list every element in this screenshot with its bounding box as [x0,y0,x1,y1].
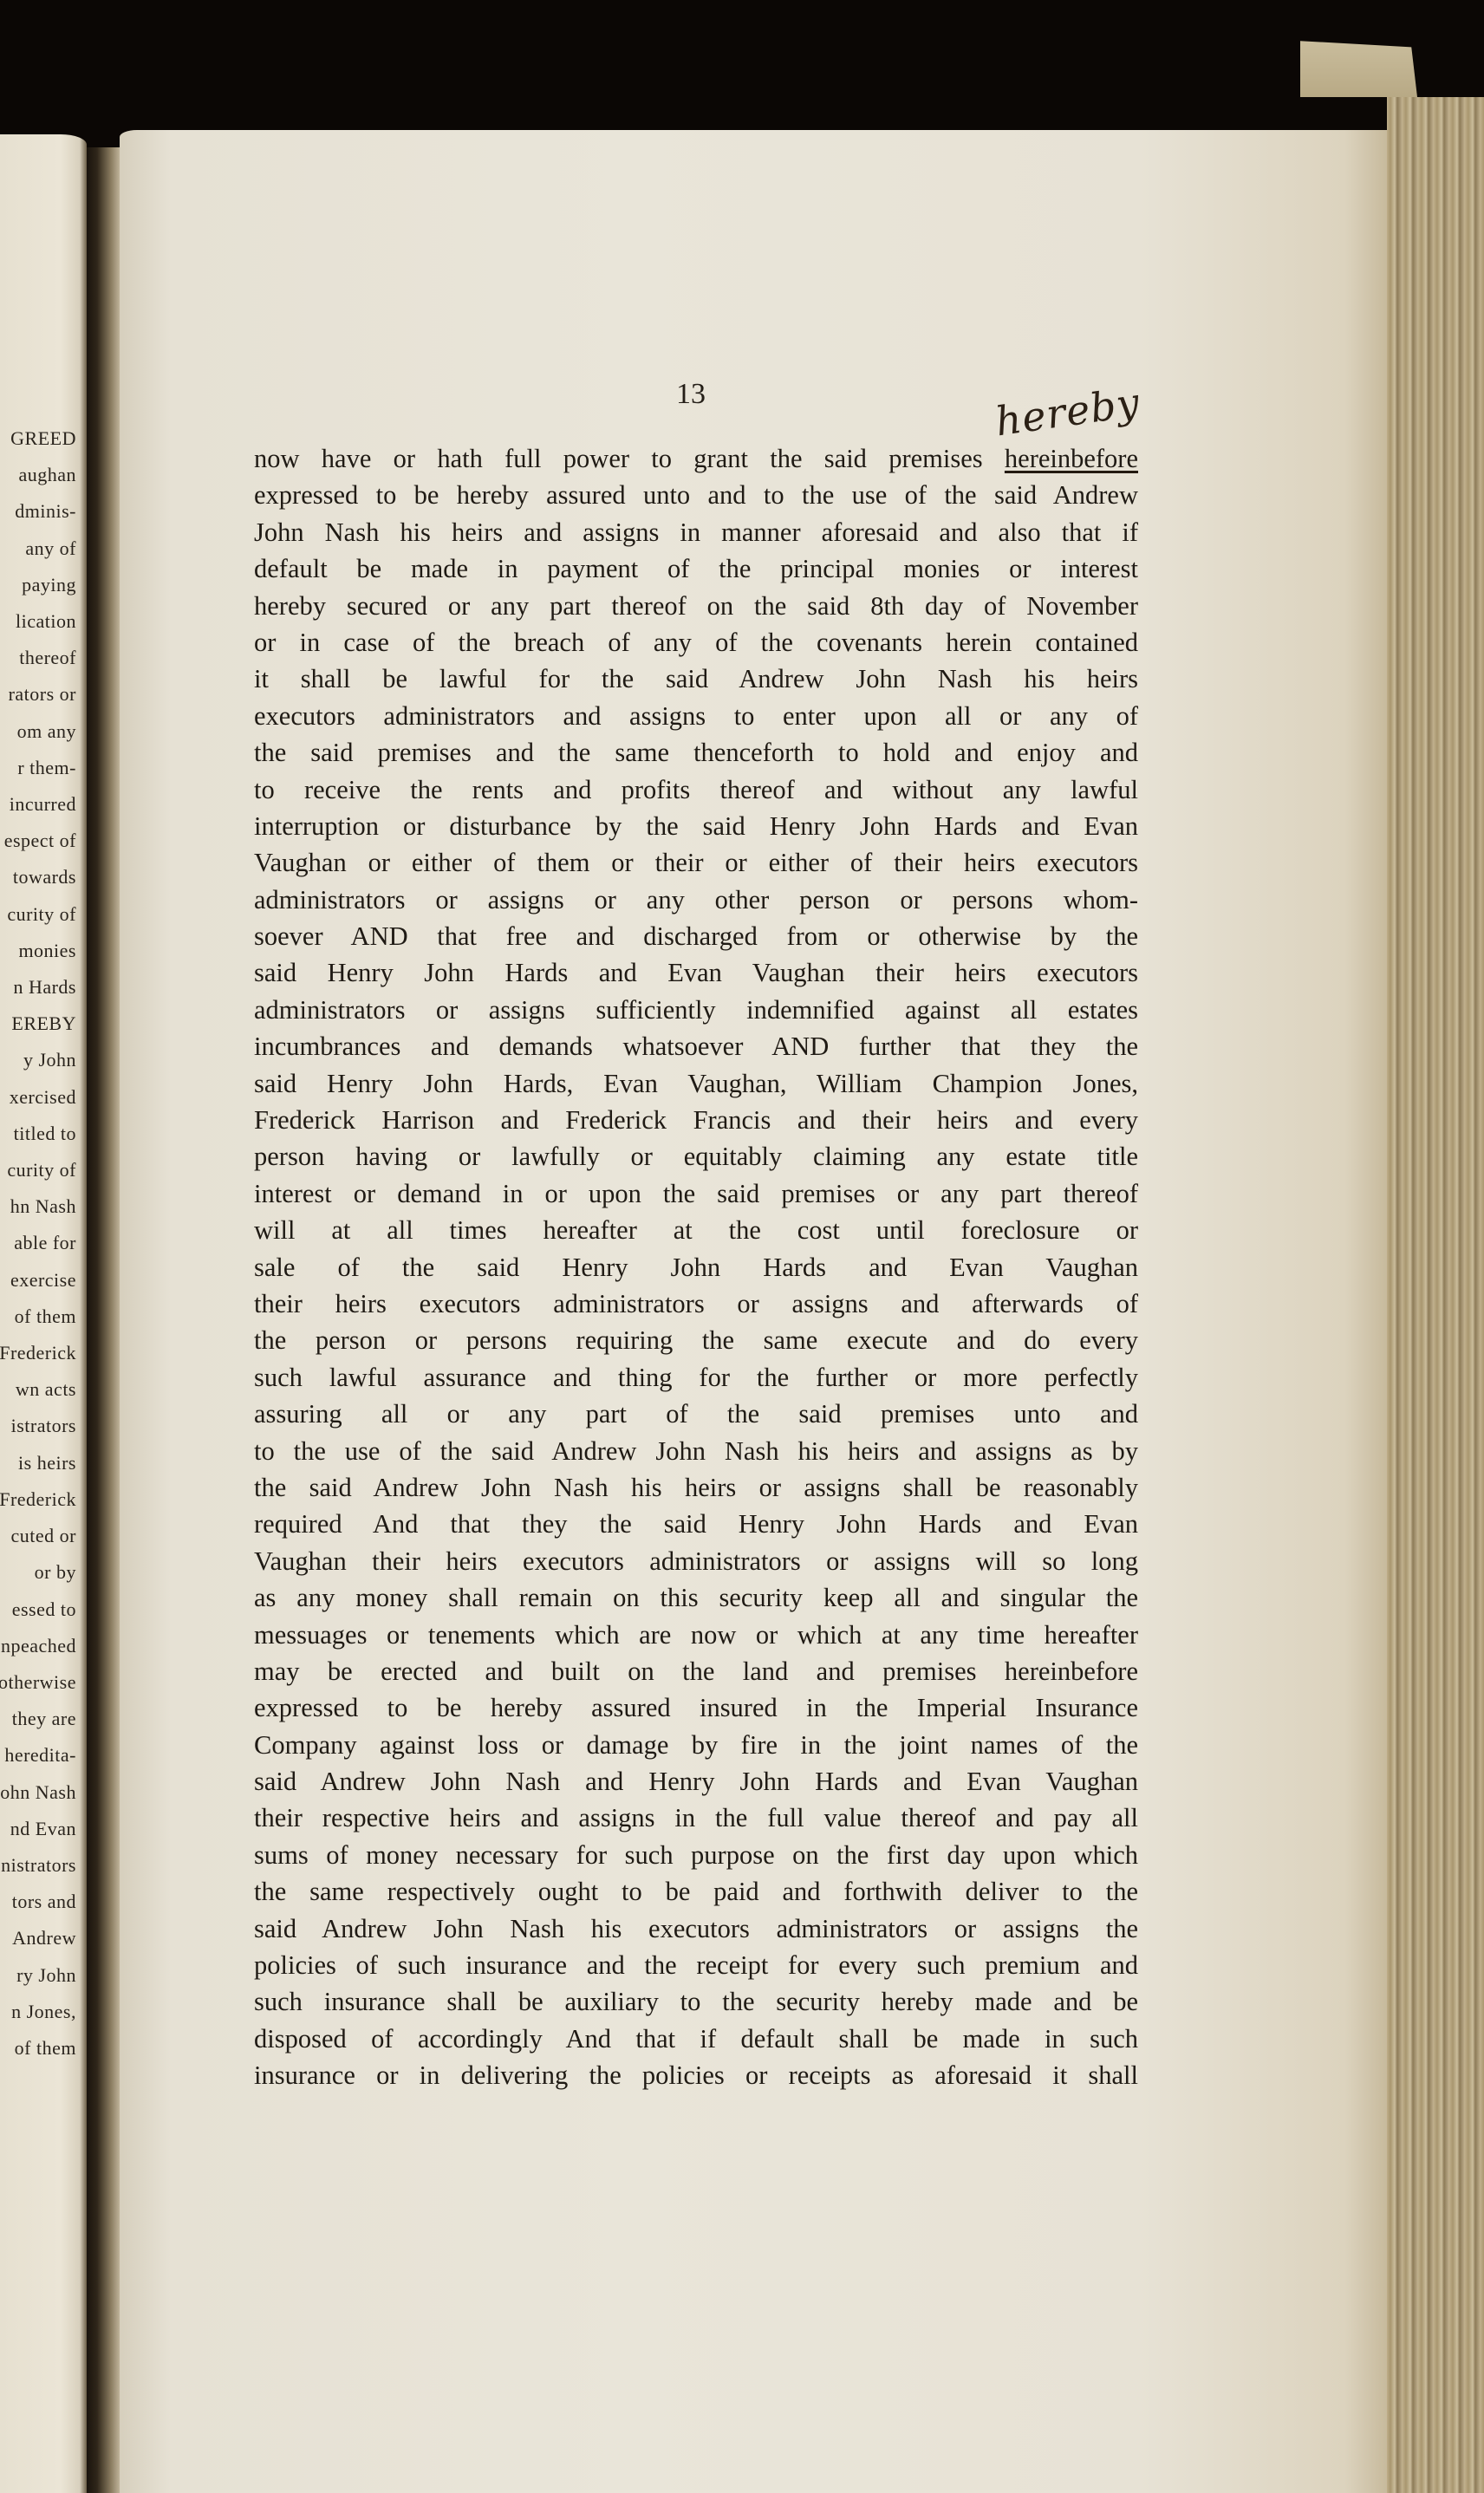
text-line: sums of money necessary for such purpose… [254,1837,1138,1873]
text-line: assuring all or any part of the said pre… [254,1396,1138,1432]
text-line: expressed to be hereby assured unto and … [254,477,1138,513]
text-line: executors administrators and assigns to … [254,698,1138,734]
text-line: as any money shall remain on this securi… [254,1579,1138,1616]
left-fragment-line: tors and [0,1884,76,1920]
left-fragment-line: paying [0,567,76,603]
left-fragment-line: nd Evan [0,1811,76,1847]
left-fragment-line: of them [0,2030,76,2067]
text-line: soever AND that free and discharged from… [254,918,1138,954]
text-line: it shall be lawful for the said Andrew J… [254,661,1138,697]
left-fragment-line: n Jones, [0,1994,76,2030]
text-line: person having or lawfully or equitably c… [254,1138,1138,1175]
left-fragment-line: ry John [0,1957,76,1994]
left-fragment-line: istrators [0,1408,76,1444]
text-line: policies of such insurance and the recei… [254,1947,1138,1983]
left-fragment-line: heredita- [0,1737,76,1774]
text-line: the said premises and the same thencefor… [254,734,1138,771]
left-fragment-line: is heirs [0,1445,76,1481]
left-fragment-line: om any [0,713,76,750]
left-fragment-line: titled to [0,1116,76,1152]
text-line: disposed of accordingly And that if defa… [254,2021,1138,2057]
text-line: administrators or assigns or any other p… [254,882,1138,918]
left-fragment-line: monies [0,933,76,969]
left-fragment-line: able for [0,1225,76,1261]
left-fragment-line: otherwise [0,1664,76,1701]
text-line: sale of the said Henry John Hards and Ev… [254,1249,1138,1286]
left-fragment-line: essed to [0,1591,76,1628]
left-fragment-line: Frederick [0,1481,76,1518]
text-line: to the use of the said Andrew John Nash … [254,1433,1138,1469]
text-line: expressed to be hereby assured insured i… [254,1689,1138,1726]
text-line: their heirs executors administrators or … [254,1286,1138,1322]
page-number: 13 [676,378,706,411]
left-fragment-line: they are [0,1701,76,1737]
left-fragment-line: hn Nash [0,1188,76,1225]
text-line: such lawful assurance and thing for the … [254,1359,1138,1396]
left-fragment-line: incurred [0,786,76,823]
book-gutter [87,147,121,2493]
text-line: to receive the rents and profits thereof… [254,771,1138,808]
left-fragment-line: ohn Nash [0,1774,76,1811]
left-fragment-line: thereof [0,640,76,676]
text-line: Vaughan their heirs executors administra… [254,1543,1138,1579]
document-body-text: now have or hath full power to grant the… [254,440,1138,2094]
text-line: will at all times hereafter at the cost … [254,1212,1138,1248]
folded-page-corner [1300,35,1417,97]
left-fragment-line: nistrators [0,1847,76,1884]
left-fragment-line: curity of [0,1152,76,1188]
text-line: said Henry John Hards and Evan Vaughan t… [254,954,1138,991]
text-line: required And that they the said Henry Jo… [254,1506,1138,1542]
text-line: their respective heirs and assigns in th… [254,1800,1138,1836]
text-line: may be erected and built on the land and… [254,1653,1138,1689]
page-edges [1387,97,1484,2493]
left-fragment-line: y John [0,1042,76,1078]
left-fragment-line: xercised [0,1079,76,1116]
text-line: John Nash his heirs and assigns in manne… [254,514,1138,550]
left-fragment-line: EREBY [0,1006,76,1042]
left-fragment-line: rators or [0,676,76,713]
left-page-text-fragments: GREEDaughandminis-any ofpayinglicationth… [0,420,76,2067]
left-fragment-line: curity of [0,896,76,933]
left-fragment-line: or by [0,1554,76,1591]
text-line: said Andrew John Nash and Henry John Har… [254,1763,1138,1800]
text-line: the said Andrew John Nash his heirs or a… [254,1469,1138,1506]
left-fragment-line: exercise [0,1262,76,1299]
text-line: now have or hath full power to grant the… [254,440,1138,477]
left-fragment-line: dminis- [0,493,76,530]
left-fragment-line: Andrew [0,1920,76,1956]
text-line: said Henry John Hards, Evan Vaughan, Wil… [254,1065,1138,1102]
text-line: Frederick Harrison and Frederick Francis… [254,1102,1138,1138]
left-fragment-line: aughan [0,457,76,493]
text-line: the person or persons requiring the same… [254,1322,1138,1358]
left-fragment-line: towards [0,859,76,895]
text-line: or in case of the breach of any of the c… [254,624,1138,661]
left-fragment-line: r them- [0,750,76,786]
text-line: the same respectively ought to be paid a… [254,1873,1138,1910]
left-fragment-line: cuted or [0,1518,76,1554]
text-line: hereby secured or any part thereof on th… [254,588,1138,624]
struck-word: hereinbefore [1005,444,1138,473]
left-fragment-line: GREED [0,420,76,457]
text-line: such insurance shall be auxiliary to the… [254,1983,1138,2020]
text-line: default be made in payment of the princi… [254,550,1138,587]
text-line: insurance or in delivering the policies … [254,2057,1138,2093]
left-fragment-line: n Hards [0,969,76,1006]
left-fragment-line: Frederick [0,1335,76,1371]
left-fragment-line: espect of [0,823,76,859]
text-line: interruption or disturbance by the said … [254,808,1138,844]
text-line: Vaughan or either of them or their or ei… [254,844,1138,881]
text-line: incumbrances and demands whatsoever AND … [254,1028,1138,1064]
left-fragment-line: lication [0,603,76,640]
left-fragment-line: of them [0,1299,76,1335]
text-line: messuages or tenements which are now or … [254,1617,1138,1653]
left-fragment-line: npeached [0,1628,76,1664]
text-line: interest or demand in or upon the said p… [254,1175,1138,1212]
text-line: said Andrew John Nash his executors admi… [254,1910,1138,1947]
left-fragment-line: wn acts [0,1371,76,1408]
left-page: GREEDaughandminis-any ofpayinglicationth… [0,134,87,2493]
text-line: Company against loss or damage by fire i… [254,1727,1138,1763]
text-line: administrators or assigns sufficiently i… [254,992,1138,1028]
left-fragment-line: any of [0,530,76,567]
